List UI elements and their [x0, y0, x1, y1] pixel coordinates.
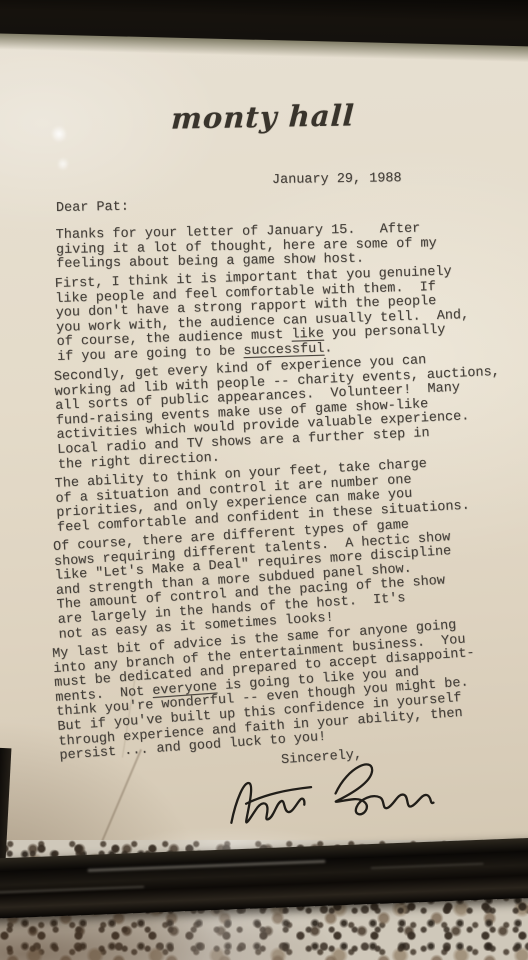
glass-glare-spot [56, 155, 70, 173]
letter-date: January 29, 1988 [272, 170, 528, 188]
framed-letter-photo: monty hall January 29, 1988 Dear Pat: Th… [0, 0, 528, 960]
letterhead-logo: monty hall [0, 95, 528, 138]
letter-paper: monty hall January 29, 1988 Dear Pat: Th… [0, 28, 528, 890]
frame-glare-streak [87, 860, 325, 872]
frame-glare-streak [371, 863, 484, 869]
signature-scrawl [221, 744, 528, 837]
frame-glare-streak [0, 886, 145, 894]
letter-text: January 29, 1988 Dear Pat: Thanks for yo… [56, 174, 528, 849]
letter-paragraph: First, I think it is important that you … [55, 263, 528, 365]
letter-paragraph: Secondly, get every kind of experience y… [54, 349, 528, 472]
letter-salutation: Dear Pat: [56, 193, 528, 216]
letter-body: Thanks for your letter of January 15. Af… [56, 229, 528, 765]
